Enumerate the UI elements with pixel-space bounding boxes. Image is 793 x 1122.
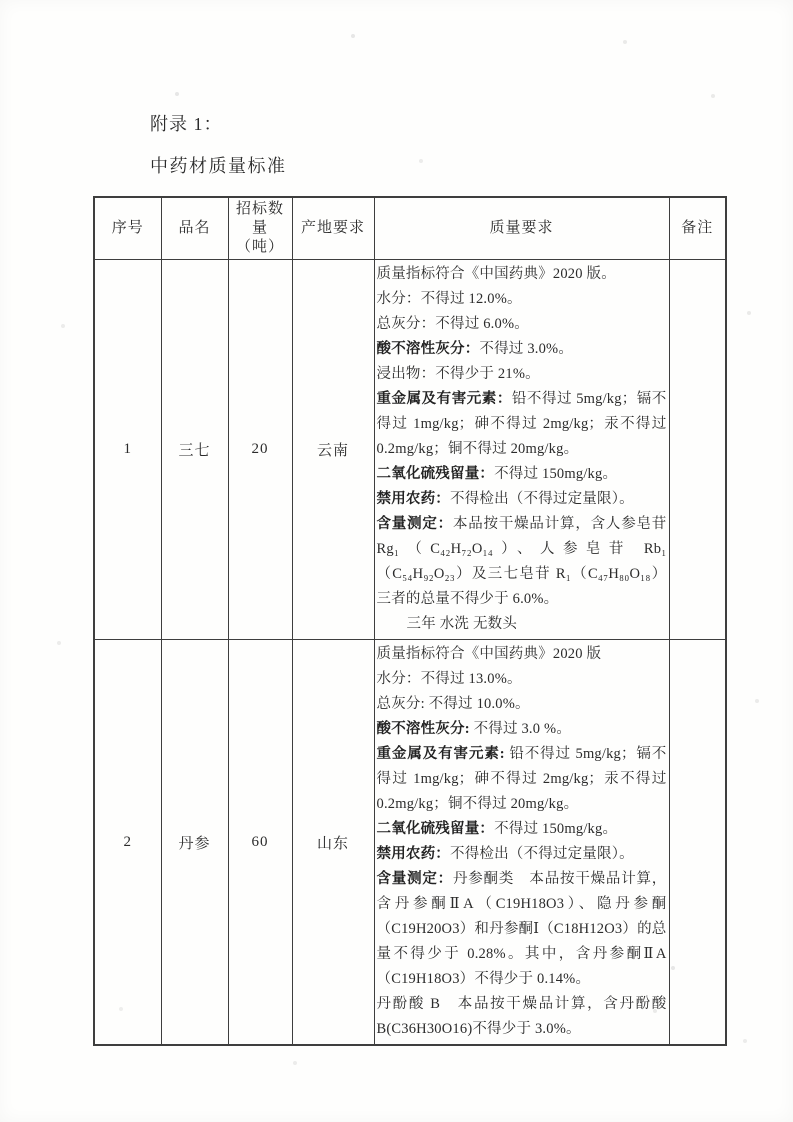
- col-header-remark: 备注: [669, 197, 726, 260]
- cell-name: 丹参: [161, 640, 228, 1046]
- quality-line: 总灰分: 不得过 10.0%。: [377, 692, 667, 717]
- quality-line: 浸出物：不得少于 21%。: [377, 362, 667, 387]
- quality-line: 丹酚酸 B 本品按干燥品计算，含丹酚酸 B(C36H30O16)不得少于 3.0…: [377, 992, 667, 1042]
- cell-origin: 山东: [292, 640, 374, 1046]
- table-row: 2丹参60山东质量指标符合《中国药典》2020 版水分：不得过 13.0%。总灰…: [94, 640, 726, 1046]
- quality-text: 不得过 150mg/kg。: [494, 466, 617, 482]
- quality-line: 含量测定：丹参酮类 本品按干燥品计算，含丹参酮ⅡA（C19H18O3）、隐丹参酮…: [377, 867, 667, 992]
- table-body: 1三七20云南质量指标符合《中国药典》2020 版。水分：不得过 12.0%。总…: [94, 260, 726, 1046]
- page-title: 中药材质量标准: [150, 152, 287, 178]
- table-row: 1三七20云南质量指标符合《中国药典》2020 版。水分：不得过 12.0%。总…: [94, 260, 726, 640]
- quality-text: 不得检出（不得过定量限）。: [450, 846, 634, 862]
- quality-text: 质量指标符合《中国药典》2020 版: [377, 646, 602, 662]
- quality-label: 重金属及有害元素:: [377, 746, 510, 762]
- quality-line: 水分：不得过 13.0%。: [377, 667, 667, 692]
- quality-text: 丹酚酸 B 本品按干燥品计算，含丹酚酸 B(C36H30O16)不得少于 3.0…: [377, 996, 667, 1037]
- cell-quantity: 20: [228, 260, 292, 640]
- cell-remark: [669, 260, 726, 640]
- quality-text: 不得检出（不得过定量限）。: [450, 491, 634, 507]
- quality-text: 水分：不得过 12.0%。: [377, 291, 522, 307]
- quality-line: 总灰分：不得过 6.0%。: [377, 312, 667, 337]
- quality-line: 重金属及有害元素：铅不得过 5mg/kg；镉不得过 1mg/kg；砷不得过 2m…: [377, 387, 667, 462]
- quality-label: 重金属及有害元素：: [377, 391, 512, 407]
- quality-line: 重金属及有害元素: 铅不得过 5mg/kg；镉不得过 1mg/kg；砷不得过 2…: [377, 742, 667, 817]
- cell-quantity: 60: [228, 640, 292, 1046]
- quality-line: 禁用农药：不得检出（不得过定量限）。: [377, 487, 667, 512]
- quality-label: 含量测定：: [377, 871, 453, 887]
- quality-line: 酸不溶性灰分：不得过 3.0%。: [377, 337, 667, 362]
- scan-noise: [0, 0, 2, 2]
- quality-line: 水分：不得过 12.0%。: [377, 287, 667, 312]
- quality-text: 三年 水洗 无数头: [407, 616, 518, 632]
- cell-name: 三七: [161, 260, 228, 640]
- cell-quality-requirements: 质量指标符合《中国药典》2020 版水分：不得过 13.0%。总灰分: 不得过 …: [374, 640, 669, 1046]
- col-header-seq: 序号: [94, 197, 161, 260]
- cell-quality-requirements: 质量指标符合《中国药典》2020 版。水分：不得过 12.0%。总灰分：不得过 …: [374, 260, 669, 640]
- quality-standards-table: 序号 品名 招标数量 （吨） 产地要求 质量要求 备注 1三七20云南质量指标符…: [93, 196, 727, 1046]
- quality-label: 含量测定：: [377, 516, 453, 532]
- quality-line: 二氧化硫残留量：不得过 150mg/kg。: [377, 462, 667, 487]
- col-header-origin: 产地要求: [292, 197, 374, 260]
- quality-label: 酸不溶性灰分:: [377, 721, 474, 737]
- cell-remark: [669, 640, 726, 1046]
- quality-line: 含量测定：本品按干燥品计算，含人参皂苷 Rg₁（C₄₂H₇₂O₁₄）、人参皂苷 …: [377, 512, 667, 612]
- quality-label: 禁用农药：: [377, 491, 451, 507]
- quality-text: 水分：不得过 13.0%。: [377, 671, 522, 687]
- quality-text: 丹参酮类 本品按干燥品计算，含丹参酮ⅡA（C19H18O3）、隐丹参酮（C19H…: [377, 871, 667, 987]
- quality-line: 三年 水洗 无数头: [377, 612, 667, 637]
- quality-line: 酸不溶性灰分: 不得过 3.0 %。: [377, 717, 667, 742]
- cell-origin: 云南: [292, 260, 374, 640]
- col-header-quality: 质量要求: [374, 197, 669, 260]
- quality-text: 浸出物：不得少于 21%。: [377, 366, 540, 382]
- quality-label: 禁用农药：: [377, 846, 451, 862]
- quality-text: 不得过 150mg/kg。: [494, 821, 617, 837]
- quality-text: 不得过 3.0%。: [479, 341, 573, 357]
- scanned-document-page: 附录 1： 中药材质量标准 序号 品名 招标数量 （吨） 产地要求 质量要求 备…: [0, 0, 793, 1122]
- quality-line: 禁用农药：不得检出（不得过定量限）。: [377, 842, 667, 867]
- cell-seq: 2: [94, 640, 161, 1046]
- quality-text: 不得过 3.0 %。: [474, 721, 571, 737]
- quality-line: 二氧化硫残留量：不得过 150mg/kg。: [377, 817, 667, 842]
- appendix-label: 附录 1：: [150, 110, 223, 136]
- quality-label: 酸不溶性灰分：: [377, 341, 480, 357]
- col-header-name: 品名: [161, 197, 228, 260]
- table-container: 序号 品名 招标数量 （吨） 产地要求 质量要求 备注 1三七20云南质量指标符…: [93, 196, 725, 1046]
- quality-line: 质量指标符合《中国药典》2020 版: [377, 642, 667, 667]
- cell-seq: 1: [94, 260, 161, 640]
- quality-label: 二氧化硫残留量：: [377, 466, 495, 482]
- table-header-row: 序号 品名 招标数量 （吨） 产地要求 质量要求 备注: [94, 197, 726, 260]
- col-header-quantity: 招标数量 （吨）: [228, 197, 292, 260]
- quality-text: 总灰分: 不得过 10.0%。: [377, 696, 530, 712]
- quality-line: 质量指标符合《中国药典》2020 版。: [377, 262, 667, 287]
- quality-text: 质量指标符合《中国药典》2020 版。: [377, 266, 616, 282]
- quality-text: 总灰分：不得过 6.0%。: [377, 316, 529, 332]
- quality-label: 二氧化硫残留量：: [377, 821, 495, 837]
